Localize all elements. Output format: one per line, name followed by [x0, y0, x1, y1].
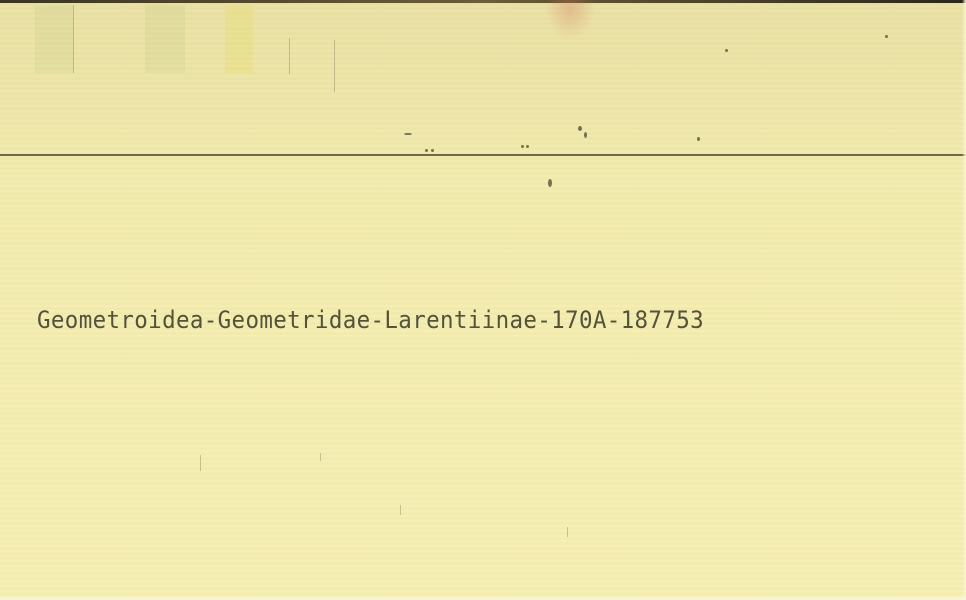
faint-mark [334, 40, 335, 92]
speck [521, 145, 524, 148]
ink-stain [545, 0, 595, 40]
speck [584, 132, 587, 138]
card-rule-line [0, 154, 966, 156]
speck [578, 126, 582, 131]
speck [548, 179, 552, 187]
faint-mark [200, 455, 201, 471]
speck [404, 133, 412, 135]
faint-mark [289, 38, 290, 74]
faint-mark [567, 527, 568, 537]
speck [431, 149, 434, 152]
faint-mark [145, 5, 185, 73]
speck [725, 49, 728, 52]
faint-mark [73, 5, 74, 73]
speck [526, 145, 529, 148]
faint-mark [35, 5, 73, 73]
card-right-edge [962, 0, 966, 600]
record-label: Geometroidea-Geometridae-Larentiinae-170… [37, 305, 704, 337]
speck [885, 35, 888, 38]
speck [697, 137, 700, 141]
faint-mark [225, 5, 253, 73]
card-top-edge [0, 0, 966, 3]
faint-mark [400, 505, 401, 515]
index-card: Geometroidea-Geometridae-Larentiinae-170… [0, 0, 966, 600]
faint-mark [320, 453, 321, 461]
speck [425, 149, 428, 152]
